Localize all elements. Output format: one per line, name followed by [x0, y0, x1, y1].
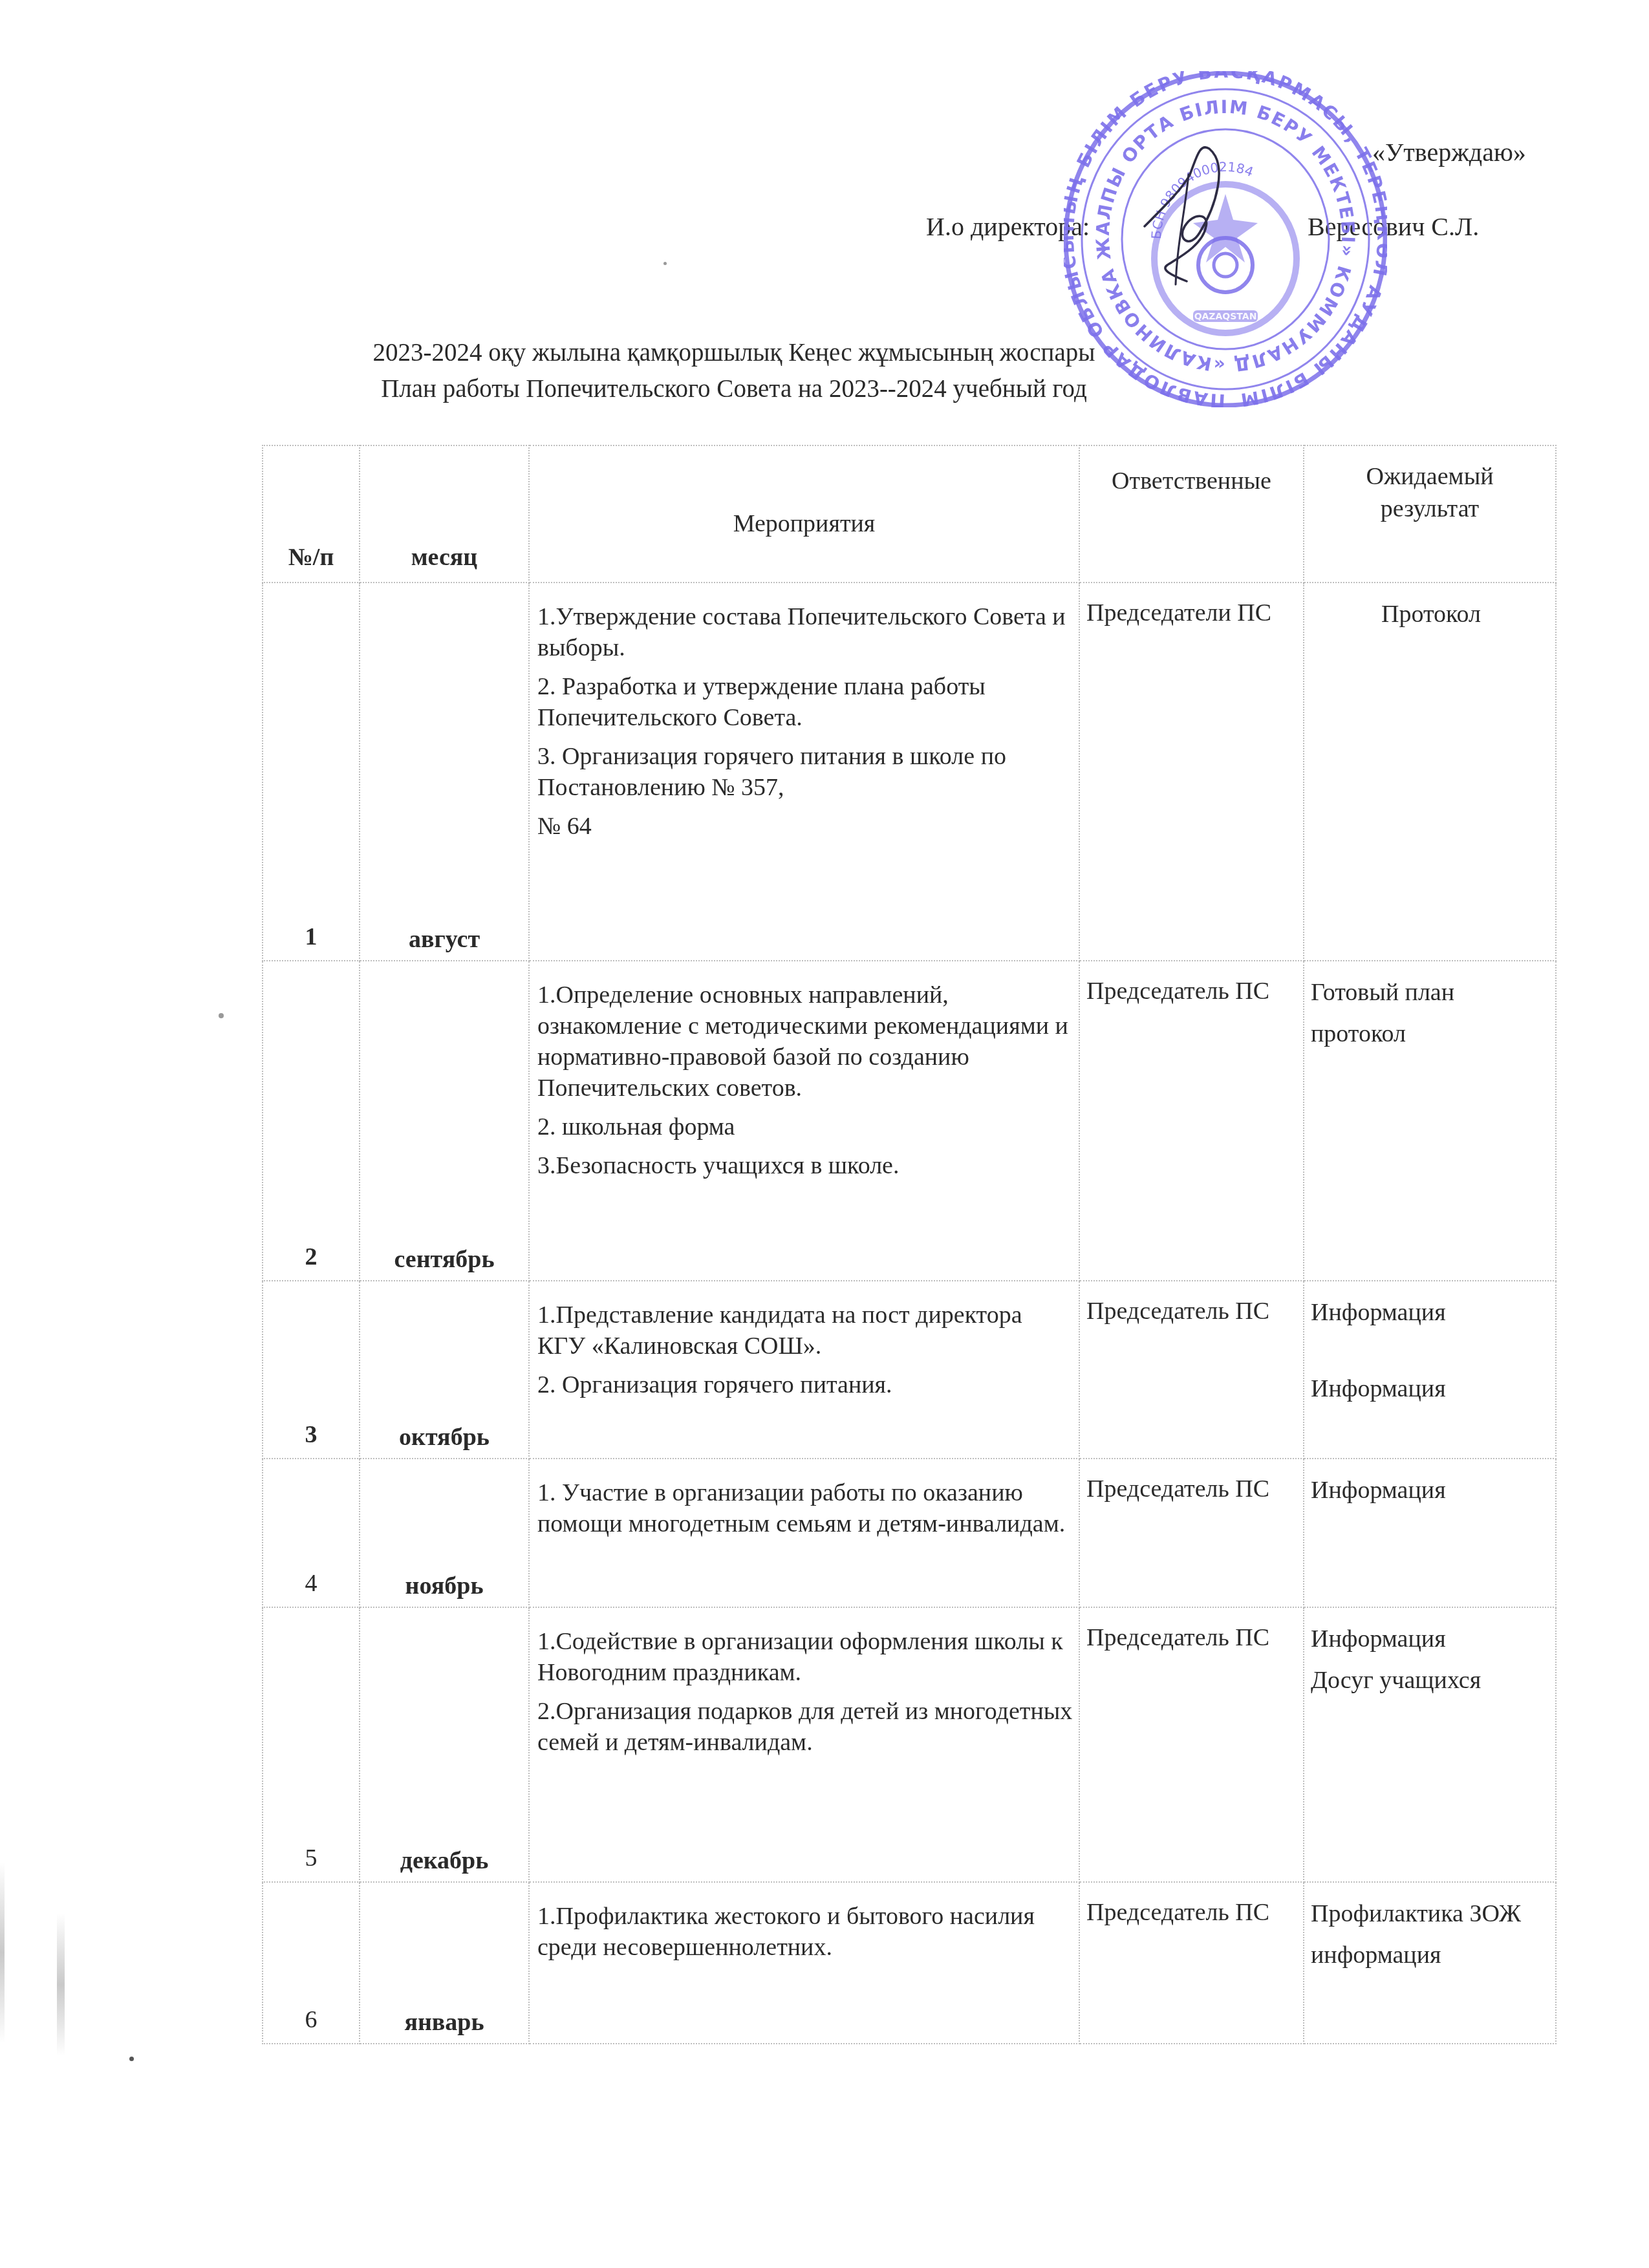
row-results: Готовый планпротокол — [1304, 961, 1556, 1281]
header-month: месяц — [360, 445, 529, 583]
header-result: Ожидаемый результат — [1304, 445, 1556, 583]
event-item: 2. Организация горячего питания. — [537, 1369, 1073, 1400]
event-item: 1.Профилактика жестокого и бытового наси… — [537, 1901, 1073, 1963]
table-row: 6январь 1.Профилактика жестокого и бытов… — [263, 1882, 1556, 2044]
row-events: 1.Содействие в организации оформления шк… — [529, 1607, 1079, 1882]
row-results: ИнформацияДосуг учащихся — [1304, 1607, 1556, 1882]
row-number: 5 — [263, 1607, 360, 1882]
result-item: информация — [1311, 1940, 1551, 1971]
event-item: 3.Безопасность учащихся в школе. — [537, 1150, 1073, 1181]
row-responsible: Председатель ПС — [1079, 1607, 1304, 1882]
event-item: 3. Организация горячего питания в школе … — [537, 741, 1073, 803]
result-item: Готовый план — [1311, 977, 1551, 1008]
row-events: 1.Профилактика жестокого и бытового наси… — [529, 1882, 1079, 2044]
approval-label: «Утверждаю» — [1372, 137, 1526, 167]
event-item: 1. Участие в организации работы по оказа… — [537, 1477, 1073, 1539]
row-month: октябрь — [360, 1281, 529, 1459]
row-events: 1.Определение основных направлений, озна… — [529, 961, 1079, 1281]
row-number: 3 — [263, 1281, 360, 1459]
row-number: 1 — [263, 583, 360, 961]
scan-streak — [57, 1914, 65, 2056]
row-events: 1.Представление кандидата на пост директ… — [529, 1281, 1079, 1459]
header-events: Мероприятия — [529, 445, 1079, 583]
row-month: август — [360, 583, 529, 961]
event-item: № 64 — [537, 811, 1073, 842]
row-results: Протокол — [1304, 583, 1556, 961]
event-item: 1.Представление кандидата на пост директ… — [537, 1300, 1073, 1362]
signature-icon — [1138, 136, 1235, 291]
row-events: 1.Утверждение состава Попечительского Со… — [529, 583, 1079, 961]
row-month: январь — [360, 1882, 529, 2044]
event-item: 1.Определение основных направлений, озна… — [537, 979, 1073, 1104]
event-item: 1.Содействие в организации оформления шк… — [537, 1626, 1073, 1688]
title-kazakh: 2023-2024 оқу жылына қамқоршылық Кеңес ж… — [0, 335, 1649, 371]
scan-speck — [663, 262, 667, 265]
header-result-line1: Ожидаемый — [1366, 463, 1493, 490]
result-item: Досуг учащихся — [1311, 1665, 1551, 1696]
result-item: Информация — [1311, 1475, 1551, 1506]
row-results: ИнформацияИнформация — [1304, 1281, 1556, 1459]
result-item: Информация — [1311, 1623, 1551, 1654]
result-item: Профилактика ЗОЖ — [1311, 1898, 1551, 1929]
row-month: ноябрь — [360, 1459, 529, 1607]
row-responsible: Председатели ПС — [1079, 583, 1304, 961]
row-month: декабрь — [360, 1607, 529, 1882]
document-titles: 2023-2024 оқу жылына қамқоршылық Кеңес ж… — [0, 335, 1649, 407]
result-item: Протокол — [1311, 599, 1551, 630]
scan-streak — [0, 1862, 5, 2043]
plan-table: №/п месяц Мероприятия Ответственные Ожид… — [262, 445, 1557, 2044]
row-results: Профилактика ЗОЖинформация — [1304, 1882, 1556, 2044]
row-number: 2 — [263, 961, 360, 1281]
event-item: 2. Разработка и утверждение плана работы… — [537, 671, 1073, 733]
row-responsible: Председатель ПС — [1079, 1459, 1304, 1607]
result-item: Информация — [1311, 1373, 1551, 1404]
result-item: Информация — [1311, 1297, 1551, 1328]
row-responsible: Председатель ПС — [1079, 1882, 1304, 2044]
header-result-line2: результат — [1381, 495, 1479, 522]
table-row: 4ноябрь1. Участие в организации работы п… — [263, 1459, 1556, 1607]
table-row: 3октябрь1.Представление кандидата на пос… — [263, 1281, 1556, 1459]
event-item: 1.Утверждение состава Попечительского Со… — [537, 601, 1073, 663]
row-number: 4 — [263, 1459, 360, 1607]
scan-speck — [219, 1013, 224, 1018]
scan-speck — [129, 2057, 134, 2061]
row-month: сентябрь — [360, 961, 529, 1281]
header-num: №/п — [263, 445, 360, 583]
event-item: 2. школьная форма — [537, 1111, 1073, 1142]
table-row: 5декабрь1.Содействие в организации оформ… — [263, 1607, 1556, 1882]
table-row: 2сентябрь 1.Определение основных направл… — [263, 961, 1556, 1281]
result-item: протокол — [1311, 1018, 1551, 1049]
row-number: 6 — [263, 1882, 360, 2044]
row-responsible: Председатель ПС — [1079, 1281, 1304, 1459]
row-responsible: Председатель ПС — [1079, 961, 1304, 1281]
event-item: 2.Организация подарков для детей из мног… — [537, 1696, 1073, 1758]
title-russian: План работы Попечительского Совета на 20… — [0, 371, 1649, 407]
header-responsible: Ответственные — [1079, 445, 1304, 583]
row-results: Информация — [1304, 1459, 1556, 1607]
table-row: 1август 1.Утверждение состава Попечитель… — [263, 583, 1556, 961]
table-header-row: №/п месяц Мероприятия Ответственные Ожид… — [263, 445, 1556, 583]
row-events: 1. Участие в организации работы по оказа… — [529, 1459, 1079, 1607]
svg-text:QAZAQSTAN: QAZAQSTAN — [1194, 312, 1257, 322]
